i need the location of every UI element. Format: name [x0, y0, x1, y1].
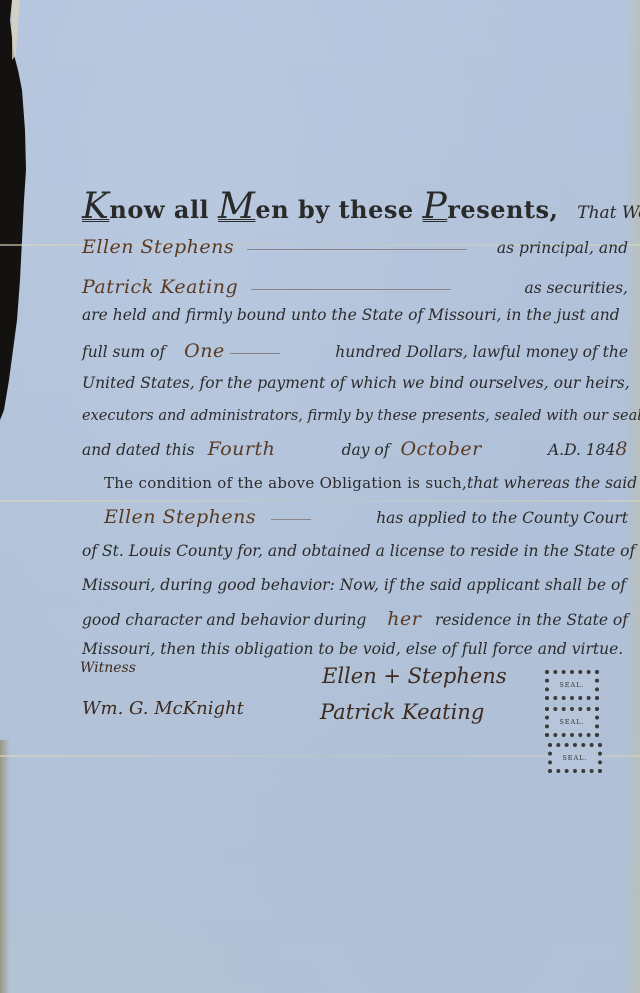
bond-text: are held and firmly bound unto the State… [82, 306, 620, 324]
condition-line: Missouri, during good behavior: Now, if … [82, 576, 628, 602]
signature-principal: Ellen + Stephens [322, 664, 507, 688]
paper-edge-left [0, 740, 10, 993]
seal-stamp: SEAL. [545, 707, 599, 737]
signature-security: Patrick Keating [320, 700, 484, 724]
principal-name-handwritten: Ellen Stephens [82, 236, 234, 258]
seal-stamp: SEAL. [545, 670, 599, 700]
condition-line: Missouri, then this obligation to be voi… [82, 640, 628, 666]
applicant-name-handwritten: Ellen Stephens [104, 506, 256, 528]
bond-text: hundred Dollars, lawful money of the [335, 343, 628, 361]
fold-line [0, 755, 640, 757]
pronoun-handwritten: her [387, 608, 421, 630]
condition-pronoun-line: good character and behavior during her r… [82, 608, 628, 634]
principal-line: Ellen Stephens as principal, and [82, 236, 628, 262]
heading-blackletter: Know all Men by these Presents, [82, 195, 567, 224]
blank-rule [251, 288, 451, 290]
bond-text: and dated this [82, 441, 195, 459]
year-digit-handwritten: 8 [615, 438, 628, 460]
bond-line: are held and firmly bound unto the State… [82, 306, 628, 332]
bond-text: United States, for the payment of which … [82, 374, 630, 392]
torn-edge [0, 0, 40, 420]
blank-rule [271, 518, 311, 520]
condition-text: The condition of the above Obligation is… [104, 474, 467, 492]
witness-signature: Wm. G. McKnight [82, 698, 244, 719]
bond-line: United States, for the payment of which … [82, 374, 628, 400]
bond-line: executors and administrators, firmly by … [82, 408, 628, 434]
condition-line: of St. Louis County for, and obtained a … [82, 542, 628, 568]
principal-suffix: as principal, and [497, 239, 628, 257]
paper-edge-right [626, 0, 640, 993]
condition-text: that whereas the said [467, 474, 637, 492]
heading-initial: M [218, 186, 255, 227]
condition-text: good character and behavior during [82, 611, 366, 629]
condition-text: residence in the State of [435, 611, 628, 629]
seal-stamp: SEAL. [548, 743, 602, 773]
condition-text: Missouri, during good behavior: Now, if … [82, 576, 626, 594]
heading-word: now [109, 195, 165, 224]
blank-rule [247, 248, 467, 250]
bond-date-line: and dated this Fourth day of October A.D… [82, 438, 628, 464]
fold-line [0, 500, 640, 502]
applicant-line: Ellen Stephens has applied to the County… [82, 506, 628, 532]
condition-text: Missouri, then this obligation to be voi… [82, 640, 623, 658]
day-handwritten: Fourth [208, 438, 276, 460]
security-line: Patrick Keating as securities, [82, 276, 628, 302]
bond-text: executors and administrators, firmly by … [82, 408, 640, 424]
year-printed: A.D. 184 [548, 441, 615, 459]
amount-handwritten: One [184, 340, 225, 362]
heading-word: by [298, 195, 330, 224]
security-name-handwritten: Patrick Keating [82, 276, 238, 298]
bond-text: full sum of [82, 343, 165, 361]
heading-word: en [255, 195, 289, 224]
blank-rule [230, 352, 280, 354]
bond-amount-line: full sum of One hundred Dollars, lawful … [82, 340, 628, 366]
bond-text: day of [342, 441, 390, 459]
month-handwritten: October [400, 438, 481, 460]
heading-word: these [339, 195, 414, 224]
witness-label-handwritten: Witness [80, 660, 136, 676]
condition-text: of St. Louis County for, and obtained a … [82, 542, 635, 560]
heading-word: all [174, 195, 209, 224]
heading-word: resents, [447, 195, 558, 224]
condition-line: The condition of the above Obligation is… [104, 474, 628, 500]
heading-initial: K [82, 186, 109, 227]
heading-initial: P [423, 186, 448, 227]
security-suffix: as securities, [524, 279, 628, 297]
document-heading: Know all Men by these Presents, That We. [82, 186, 622, 227]
heading-script: That We. [577, 203, 640, 223]
condition-text: has applied to the County Court [376, 509, 628, 527]
